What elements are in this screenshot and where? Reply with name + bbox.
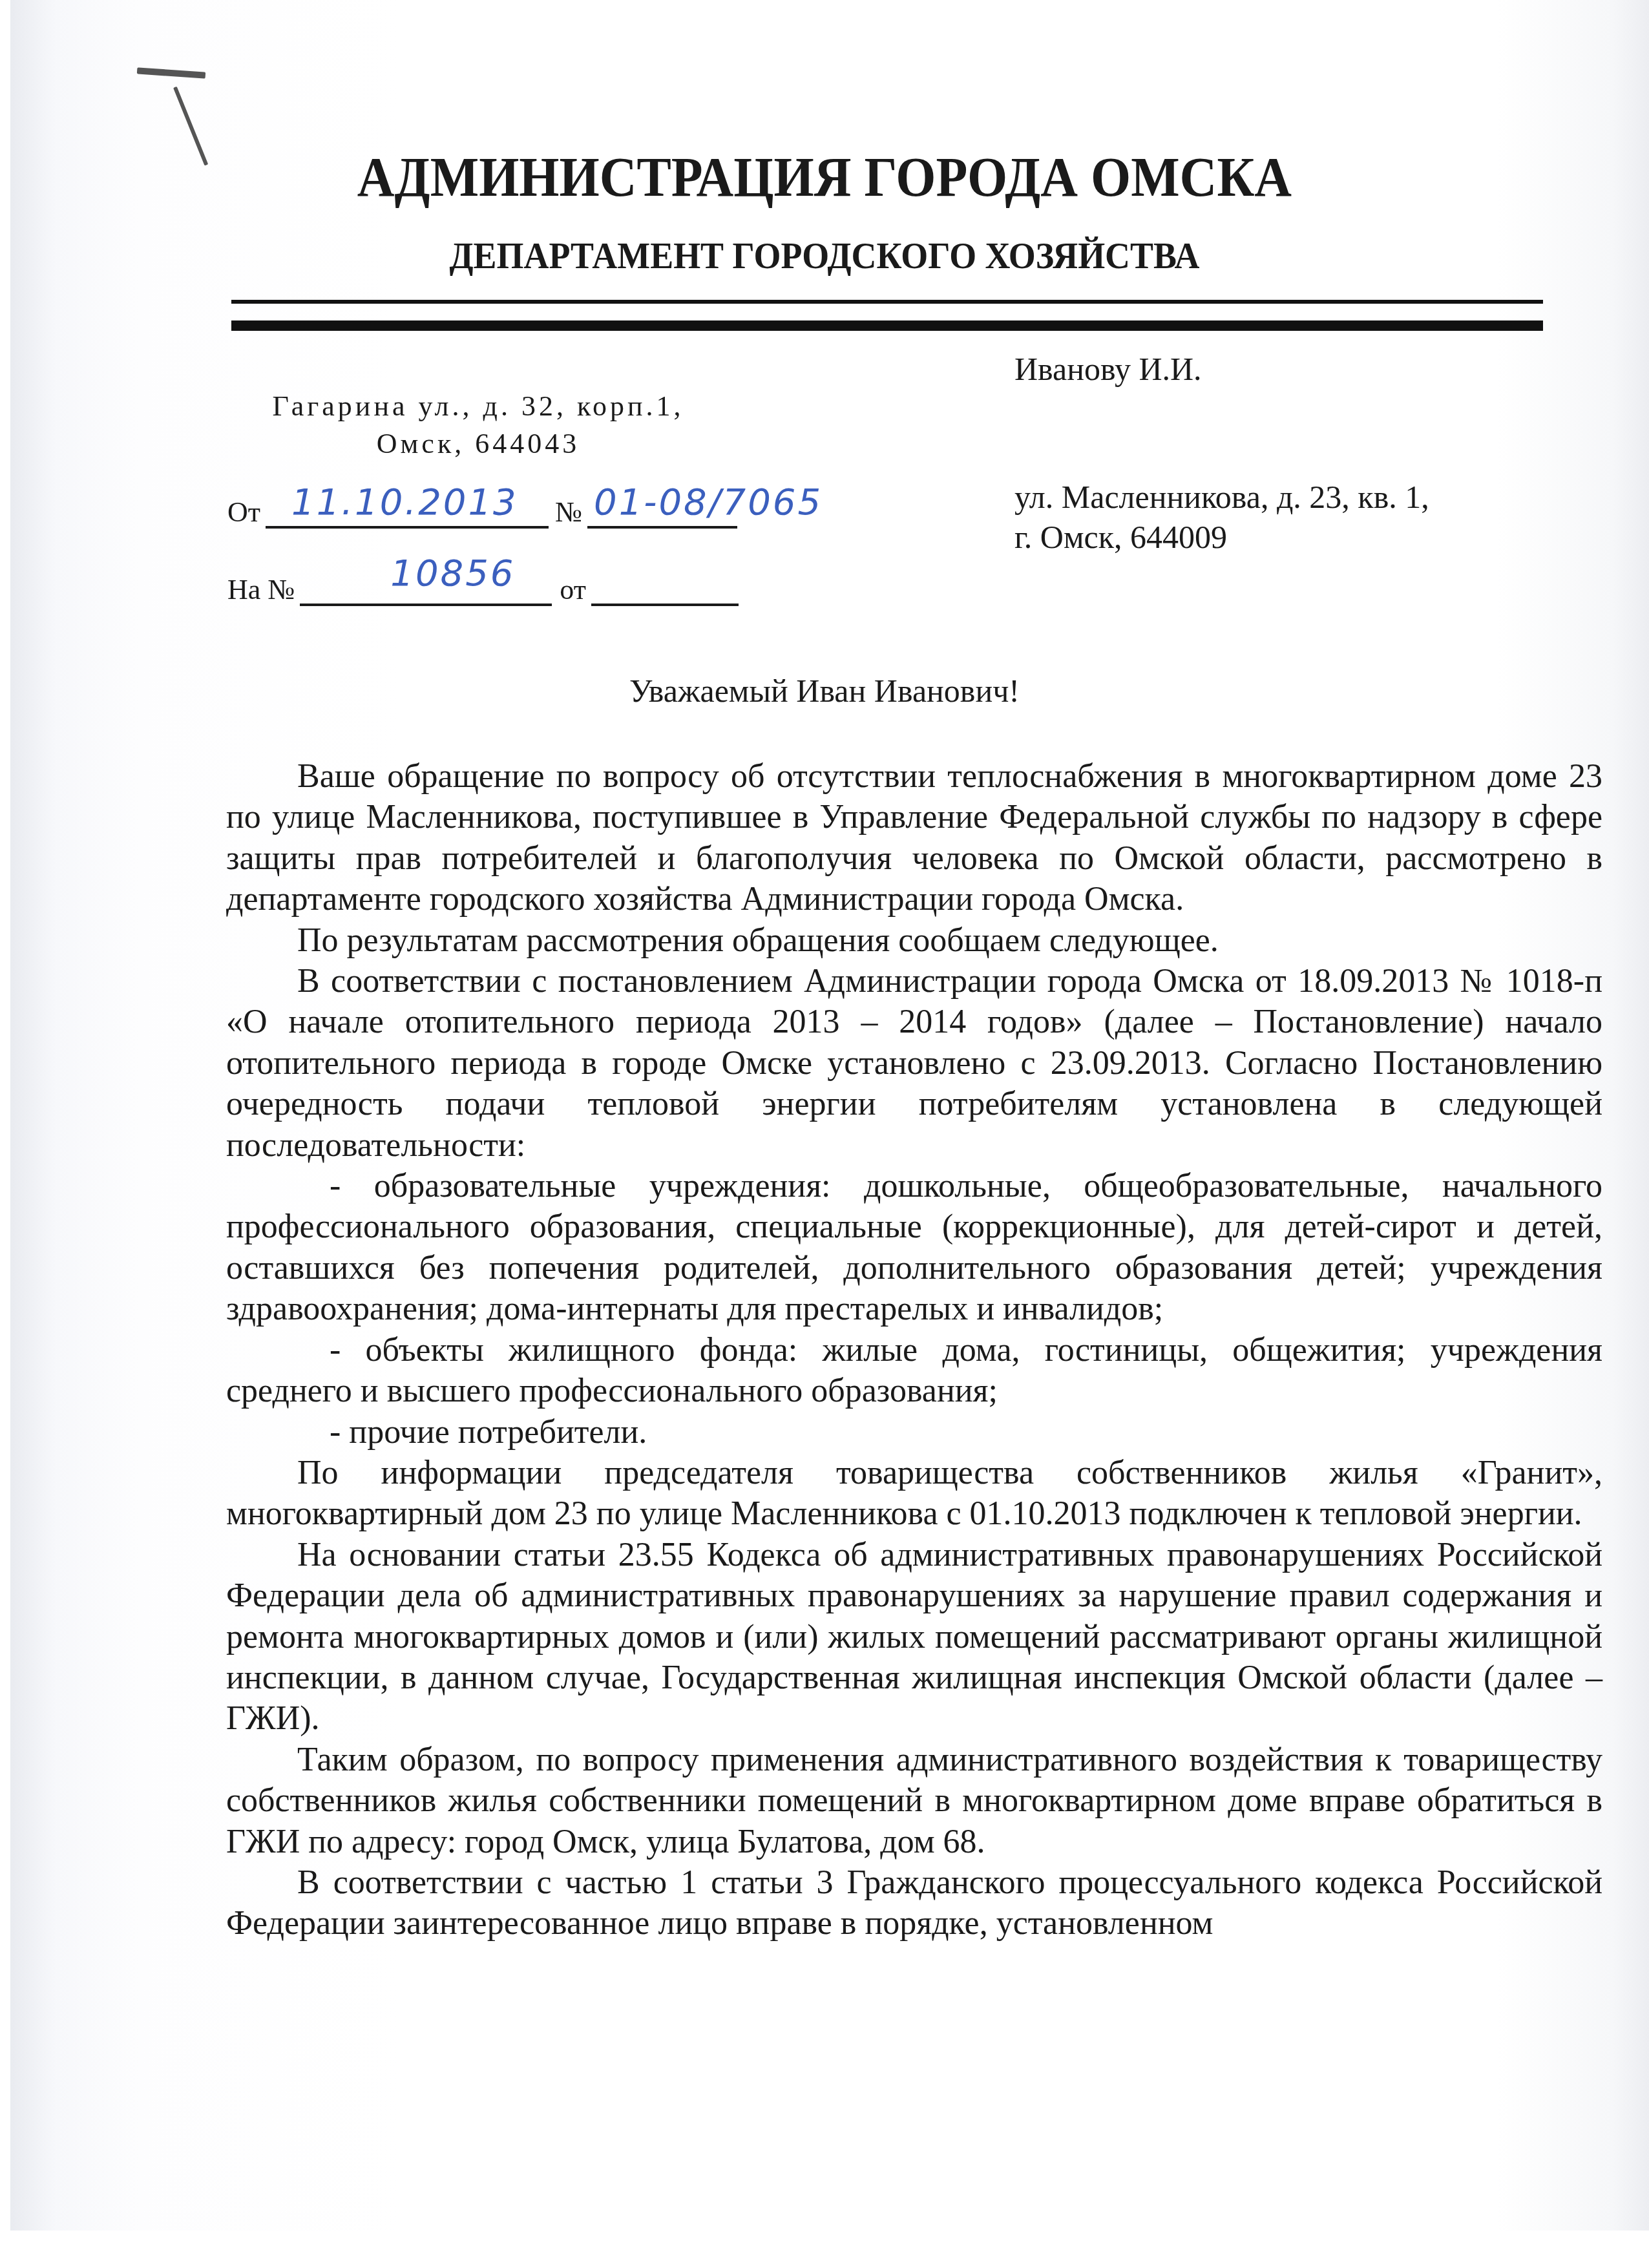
handwritten-outgoing-number: 01-08/7065 — [594, 481, 823, 523]
number-label: № — [555, 496, 582, 529]
recipient-address: ул. Масленникова, д. 23, кв. 1, г. Омск,… — [1014, 477, 1429, 557]
from-date-field: 11.10.2013 — [266, 491, 549, 529]
sender-address: Гагарина ул., д. 32, корп.1, Омск, 64404… — [213, 388, 743, 463]
handwritten-date: 11.10.2013 — [291, 481, 518, 523]
paragraph: В соответствии с частью 1 статьи 3 Гражд… — [226, 1862, 1602, 1944]
paragraph: На основании статьи 23.55 Кодекса об адм… — [226, 1535, 1602, 1739]
reply-from-label: от — [560, 573, 586, 606]
organization-title: АДМИНИСТРАЦИЯ ГОРОДА ОМСКА — [58, 145, 1591, 209]
from-label: От — [227, 496, 260, 529]
paragraph: Таким образом, по вопросу применения адм… — [226, 1739, 1602, 1862]
header-divider-thick — [231, 320, 1543, 331]
recipient-address-line2: г. Омск, 644009 — [1014, 517, 1429, 557]
reply-registration-row: На № 10856 от — [227, 569, 739, 606]
salutation: Уважаемый Иван Иванович! — [0, 672, 1649, 709]
reply-to-label: На № — [227, 573, 295, 606]
outgoing-number-field: 01-08/7065 — [587, 491, 737, 529]
list-item: - прочие потребители. — [226, 1412, 1602, 1453]
list-item: - образовательные учреждения: дошкольные… — [226, 1166, 1602, 1330]
reply-from-date-field — [591, 569, 739, 606]
official-letter: АДМИНИСТРАЦИЯ ГОРОДА ОМСКА ДЕПАРТАМЕНТ Г… — [0, 0, 1649, 2268]
handwritten-mark-dash — [137, 67, 205, 78]
outgoing-registration-row: От 11.10.2013 № 01-08/7065 — [227, 491, 737, 529]
department-title: ДЕПАРТАМЕНТ ГОРОДСКОГО ХОЗЯЙСТВА — [58, 234, 1591, 277]
paragraph: По результатам рассмотрения обращения со… — [226, 920, 1602, 961]
paragraph: По информации председателя товарищества … — [226, 1453, 1602, 1535]
recipient-address-line1: ул. Масленникова, д. 23, кв. 1, — [1014, 477, 1429, 517]
letter-body: Ваше обращение по вопросу об отсутствии … — [226, 756, 1602, 1944]
sender-address-line1: Гагарина ул., д. 32, корп.1, — [213, 388, 743, 425]
paragraph: Ваше обращение по вопросу об отсутствии … — [226, 756, 1602, 920]
sender-address-line2: Омск, 644043 — [213, 425, 743, 463]
header-divider-thin — [231, 300, 1543, 304]
recipient-name: Иванову И.И. — [1014, 350, 1202, 388]
list-item: - объекты жилищного фонда: жилые дома, г… — [226, 1330, 1602, 1412]
paragraph: В соответствии с постановлением Админист… — [226, 961, 1602, 1166]
handwritten-reply-number: 10856 — [390, 552, 515, 594]
reply-to-number-field: 10856 — [300, 569, 552, 606]
